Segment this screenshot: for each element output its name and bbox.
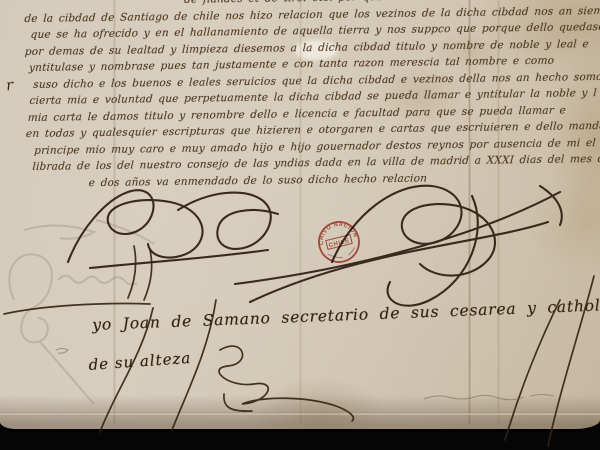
manuscript-body-text: de flandes et de tirol etc. por quanto d… — [24, 0, 600, 192]
stamp-bottom-arc-marks — [328, 247, 357, 261]
fold-crease-horizontal — [0, 412, 600, 416]
photo-frame: de flandes et de tirol etc. por quanto d… — [0, 0, 600, 450]
